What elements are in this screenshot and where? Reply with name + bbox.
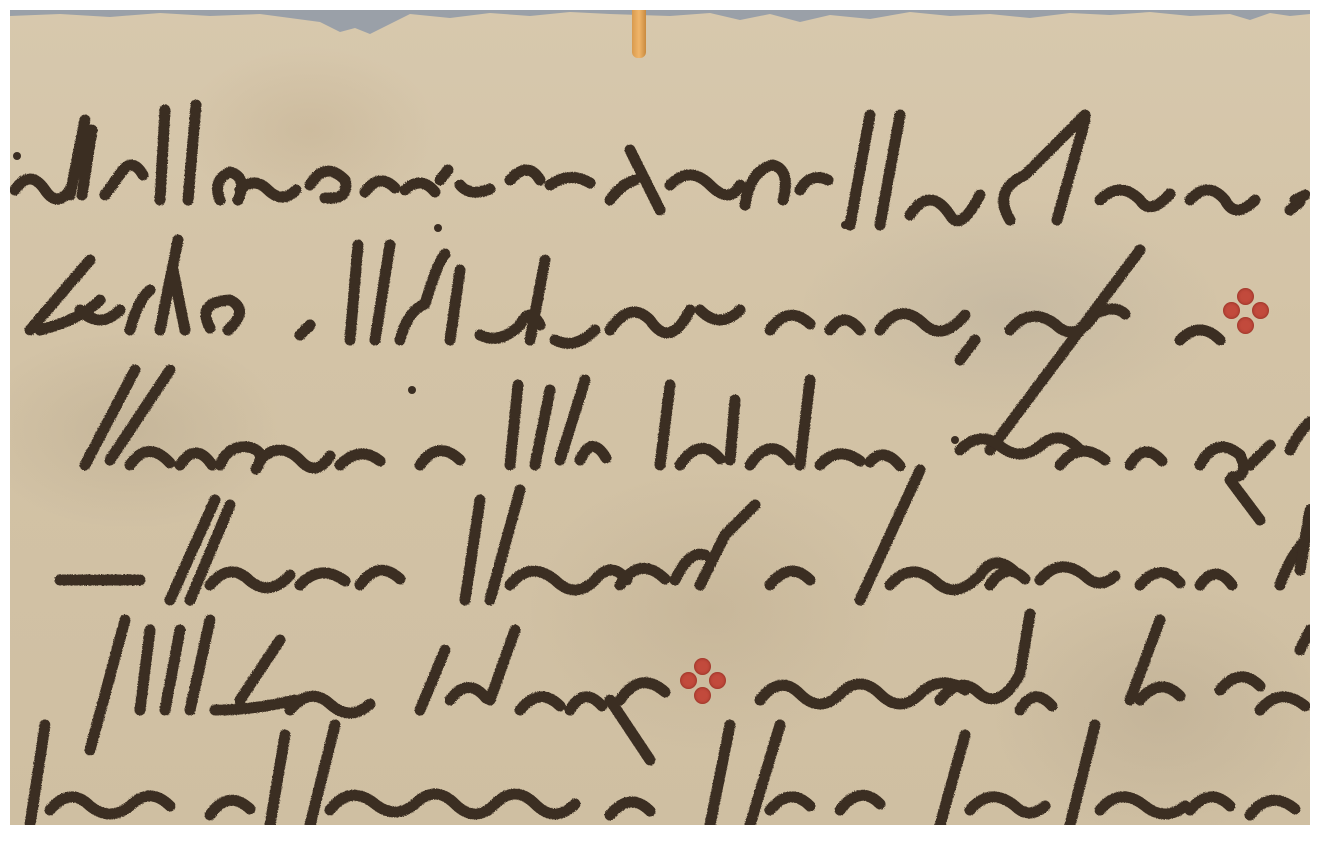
text-line-6 bbox=[30, 725, 1295, 825]
rubric-quatrefoil-1 bbox=[1223, 288, 1269, 334]
text-line-4 bbox=[60, 470, 1310, 600]
syriac-text-block bbox=[10, 10, 1310, 825]
text-line-2 bbox=[30, 240, 1220, 450]
text-line-3 bbox=[85, 370, 1310, 520]
manuscript-photo bbox=[10, 10, 1310, 825]
text-line-1 bbox=[15, 105, 1300, 225]
rubric-quatrefoil-2 bbox=[680, 658, 726, 704]
